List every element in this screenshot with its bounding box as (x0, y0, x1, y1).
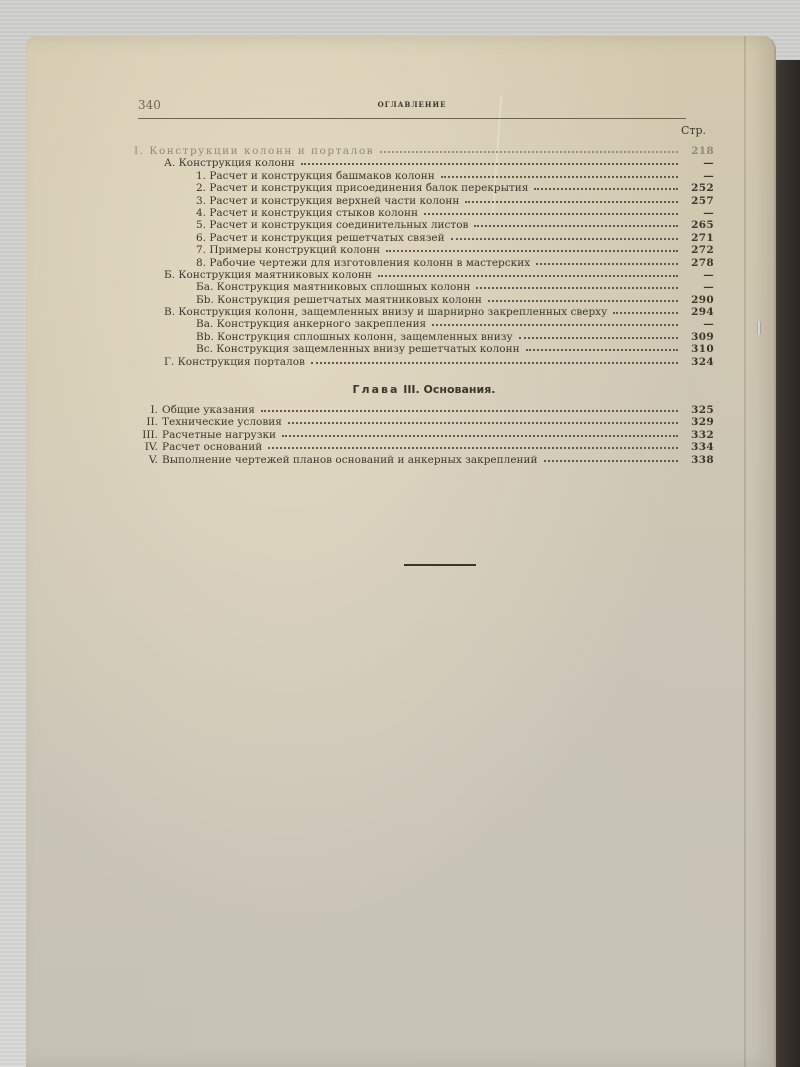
dot-leader (526, 341, 678, 351)
chapter-entry-number: IV. (134, 441, 158, 453)
chapter-entry-number: I. (134, 404, 158, 416)
page-column-header: Стр. (134, 124, 706, 138)
dot-leader (261, 402, 678, 412)
dot-leader (386, 242, 678, 252)
chapter-entry-text: Выполнение чертежей планов оснований и а… (162, 454, 538, 466)
page-fold (744, 36, 746, 1067)
toc-entry-page: 265 (684, 219, 714, 231)
chapter-entry-page: 338 (684, 454, 714, 466)
toc-entry-page: 271 (684, 232, 714, 244)
dot-leader (536, 255, 678, 265)
toc-entry-page: — (684, 281, 714, 293)
dot-leader (441, 168, 678, 178)
chapter-entry-text: Технические условия (162, 416, 282, 428)
chapter-entry-list: I.Общие указания325II.Технические услови… (134, 403, 714, 465)
staple (757, 321, 761, 335)
end-rule (404, 564, 476, 566)
dot-leader (380, 143, 678, 153)
dot-leader (534, 180, 678, 190)
toc-entry-page: — (684, 318, 714, 330)
running-head-title: ОГЛАВЛЕНИЕ (138, 100, 686, 109)
faint-handwriting (176, 646, 496, 736)
chapter-entry: V.Выполнение чертежей планов оснований и… (134, 453, 714, 465)
toc-entry-page: 294 (684, 306, 714, 318)
toc-entry-page: 309 (684, 331, 714, 343)
toc-entry-label: 7. Примеры конструкций колонн (196, 244, 380, 256)
dot-leader (613, 304, 678, 314)
toc-entry-label: Ба. Конструкция маятниковых сплошных кол… (196, 281, 470, 293)
section-list: I. Конструкции колонн и порталов218А. Ко… (134, 144, 714, 367)
chapter-title: III. Основания. (403, 383, 495, 396)
chapter-entry-page: 325 (684, 404, 714, 416)
toc-entry-page: 252 (684, 182, 714, 194)
chapter-entry-label: III.Расчетные нагрузки (134, 429, 276, 441)
dot-leader (378, 267, 678, 277)
toc-entry-label: 1. Расчет и конструкция башмаков колонн (196, 170, 435, 182)
toc-entry-label: Вb. Конструкция сплошных колонн, защемле… (196, 331, 513, 343)
toc-entry-page: 257 (684, 195, 714, 207)
toc-entry-page: 272 (684, 244, 714, 256)
toc-entry-page: — (684, 207, 714, 219)
dot-leader (488, 292, 678, 302)
toc-entry-page: — (684, 269, 714, 281)
toc-entry-label: Г. Конструкция порталов (164, 356, 305, 368)
dot-leader (424, 205, 678, 215)
dot-leader (301, 155, 678, 165)
toc-entry-page: 324 (684, 356, 714, 368)
chapter-entry-text: Общие указания (162, 404, 255, 416)
toc-entry: Г. Конструкция порталов324 (134, 355, 714, 367)
chapter-entry-label: I.Общие указания (134, 404, 255, 416)
toc-entry-page: — (684, 157, 714, 169)
dot-leader (311, 354, 678, 364)
chapter-entry-text: Расчет оснований (162, 441, 262, 453)
dot-leader (465, 193, 678, 203)
chapter-entry-number: III. (134, 429, 158, 441)
chapter-entry-label: IV.Расчет оснований (134, 441, 262, 453)
dot-leader (474, 217, 678, 227)
dot-leader (451, 230, 678, 240)
toc-entry-label: 3. Расчет и конструкция верхней части ко… (196, 195, 459, 207)
toc-entry-label: 5. Расчет и конструкция соединительных л… (196, 219, 468, 231)
toc-entry-label: Ва. Конструкция анкерного закрепления (196, 318, 426, 330)
dot-leader (519, 329, 678, 339)
chapter-prefix: Глава (353, 383, 400, 396)
toc-entry-label: Бb. Конструкция решетчатых маятниковых к… (196, 294, 482, 306)
toc-entry-page: 310 (684, 343, 714, 355)
dot-leader (476, 279, 678, 289)
toc-entry-label: Б. Конструкция маятниковых колонн (164, 269, 372, 281)
book-page: 340 ОГЛАВЛЕНИЕ Стр. I. Конструкции колон… (26, 36, 774, 1067)
chapter-heading: Глава III. Основания. (134, 383, 714, 396)
toc-entry-page: 218 (684, 145, 714, 157)
chapter-entry-page: 332 (684, 429, 714, 441)
dot-leader (288, 414, 678, 424)
table-of-contents: Стр. I. Конструкции колонн и порталов218… (134, 124, 714, 465)
chapter-entry-page: 329 (684, 416, 714, 428)
chapter-entry-number: II. (134, 416, 158, 428)
dot-leader (282, 427, 678, 437)
chapter-entry-label: II.Технические условия (134, 416, 282, 428)
toc-entry-label: 4. Расчет и конструкция стыков колонн (196, 207, 418, 219)
running-head: 340 ОГЛАВЛЕНИЕ (138, 98, 686, 119)
chapter-entry-number: V. (134, 454, 158, 466)
toc-entry-label: А. Конструкция колонн (164, 157, 295, 169)
toc-entry-page: 290 (684, 294, 714, 306)
dot-leader (544, 452, 678, 462)
dot-leader (432, 316, 678, 326)
chapter-entry-text: Расчетные нагрузки (162, 429, 276, 441)
dot-leader (268, 439, 678, 449)
chapter-entry-label: V.Выполнение чертежей планов оснований и… (134, 454, 538, 466)
toc-entry-page: 278 (684, 257, 714, 269)
toc-entry-page: — (684, 170, 714, 182)
chapter-entry-page: 334 (684, 441, 714, 453)
